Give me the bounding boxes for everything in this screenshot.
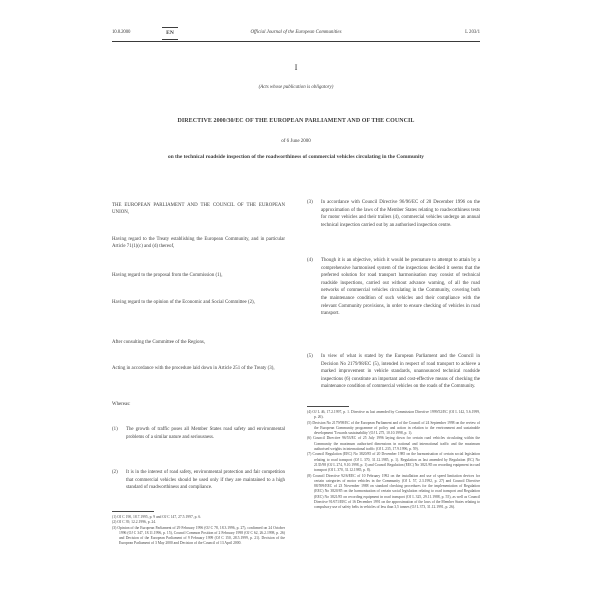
recital-item: (1) The growth of traffic poses all Memb… xyxy=(112,426,285,441)
section-numeral: I xyxy=(112,62,480,72)
scanned-document-page: 10.8.2000 EN Official Journal of the Eur… xyxy=(0,0,600,600)
recital-item: (3) In accordance with Council Directive… xyxy=(307,199,480,229)
header-rule xyxy=(112,41,480,42)
page-reference: L 203/1 xyxy=(465,30,480,35)
preamble-citation: Having regard to the Treaty establishing… xyxy=(112,236,285,251)
directive-subject: on the technical roadside inspection of … xyxy=(138,154,454,161)
recital-text: In accordance with Council Directive 96/… xyxy=(321,199,480,229)
footnote-block: (4) OJ L 46, 17.2.1997, p. 1. Directive … xyxy=(307,410,480,511)
directive-title: DIRECTIVE 2000/30/EC OF THE EUROPEAN PAR… xyxy=(112,118,480,124)
preamble-citation: Having regard to the opinion of the Econ… xyxy=(112,299,285,306)
whereas-label: Whereas: xyxy=(112,402,285,407)
recital-item: (2) It is in the interest of road safety… xyxy=(112,469,285,492)
recital-item: (5) In view of what is stated by the Eur… xyxy=(307,353,480,391)
page-content: 10.8.2000 EN Official Journal of the Eur… xyxy=(112,0,480,600)
recital-item: (4) Though it is an objective, which it … xyxy=(307,257,480,318)
preamble-citation: Acting in accordance with the procedure … xyxy=(112,365,285,372)
journal-title: Official Journal of the European Communi… xyxy=(112,30,480,35)
directive-date-line: of 6 June 2000 xyxy=(112,139,480,144)
preamble-citation: THE EUROPEAN PARLIAMENT AND THE COUNCIL … xyxy=(112,202,285,217)
recital-text: The growth of traffic poses all Member S… xyxy=(126,426,285,441)
recital-number: (5) xyxy=(307,353,321,391)
footnote-item: (6) Council Directive 96/53/EC of 25 Jul… xyxy=(307,436,480,452)
footnote-rule xyxy=(307,406,349,407)
section-subtitle: (Acts whose publication is obligatory) xyxy=(112,85,480,90)
recital-number: (1) xyxy=(112,426,126,441)
footnote-item: (7) Council Regulation (EEC) No 3820/85 … xyxy=(307,452,480,473)
preamble-citation: After consulting the Committee of the Re… xyxy=(112,339,285,346)
recital-text: In view of what is stated by the Europea… xyxy=(321,353,480,391)
footnote-rule xyxy=(112,511,154,512)
footnote-item: (3) Opinion of the European Parliament o… xyxy=(112,526,285,547)
recital-number: (4) xyxy=(307,257,321,318)
footnote-item: (8) Council Directive 92/6/EEC of 10 Feb… xyxy=(307,474,480,511)
footnote-item: (4) OJ L 46, 17.2.1997, p. 1. Directive … xyxy=(307,410,480,421)
recital-number: (3) xyxy=(307,199,321,229)
footnote-item: (5) Decision No 2179/98/EC of the Europe… xyxy=(307,421,480,437)
preamble-citation: Having regard to the proposal from the C… xyxy=(112,272,285,279)
recital-text: It is in the interest of road safety, en… xyxy=(126,469,285,492)
recital-text: Though it is an objective, which it woul… xyxy=(321,257,480,318)
recital-number: (2) xyxy=(112,469,126,492)
footnote-block: (1) OJ C 190, 18.7.1995, p. 9 and OJ C 1… xyxy=(112,515,285,547)
